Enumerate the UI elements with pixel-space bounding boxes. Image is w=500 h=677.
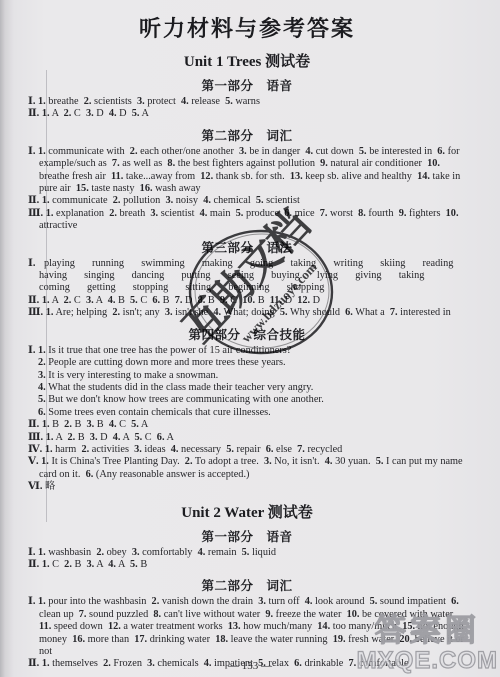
part-heading: 第一部分 语音 bbox=[28, 76, 466, 94]
circular-stamp-watermark: 互助文档 www.bdzuoye.com bbox=[182, 224, 342, 364]
unit-title: Unit 2 Water 测试卷 bbox=[28, 501, 466, 522]
answer-line-sub: 5. But we don't know how trees are commu… bbox=[38, 394, 466, 406]
answer-line: Ⅳ. 1. harm 2. activities 3. ideas 4. nec… bbox=[28, 444, 466, 456]
answer-line: Ⅱ. 1. communicate 2. pollution 3. noisy … bbox=[28, 195, 466, 207]
answer-line: Ⅵ. 略 bbox=[28, 481, 466, 493]
watermark-site-text: MXQE.COM bbox=[357, 647, 498, 675]
answer-line: Ⅰ. 1. breathe 2. scientists 3. protect 4… bbox=[28, 96, 466, 108]
answer-circle-logo: 答案圈 bbox=[357, 605, 498, 650]
answer-line: Ⅰ. 1. communicate with 2. each other/one… bbox=[28, 146, 466, 196]
answer-line-sub: 6. Some trees even contain chemicals tha… bbox=[38, 407, 466, 419]
scanned-page: 听力材料与参考答案 Unit 1 Trees 测试卷第一部分 语音Ⅰ. 1. b… bbox=[0, 0, 500, 677]
answer-line: Ⅰ. 1. washbasin 2. obey 3. comfortably 4… bbox=[28, 547, 466, 559]
answer-line: Ⅱ. 1. B 2. B 3. B 4. C 5. A bbox=[28, 419, 466, 431]
part-heading: 第二部分 词汇 bbox=[28, 126, 466, 144]
answer-line-sub: 4. What the students did in the class ma… bbox=[38, 382, 466, 394]
part-heading: 第二部分 词汇 bbox=[28, 576, 466, 594]
answer-line: Ⅲ. 1. A 2. B 3. D 4. A 5. C 6. A bbox=[28, 432, 466, 444]
answer-line-sub: 3. It is very interesting to make a snow… bbox=[38, 370, 466, 382]
page-title: 听力材料与参考答案 bbox=[28, 12, 466, 43]
unit-title: Unit 1 Trees 测试卷 bbox=[28, 50, 466, 71]
corner-watermark: 答案圈 MXQE.COM bbox=[357, 605, 498, 675]
answer-line: Ⅴ. 1. It is China's Tree Planting Day. 2… bbox=[28, 456, 466, 481]
answer-line: Ⅱ. 1. A 2. C 3. D 4. D 5. A bbox=[28, 108, 466, 120]
part-heading: 第一部分 语音 bbox=[28, 527, 466, 545]
answer-line: Ⅱ. 1. C 2. B 3. A 4. A 5. B bbox=[28, 559, 466, 571]
